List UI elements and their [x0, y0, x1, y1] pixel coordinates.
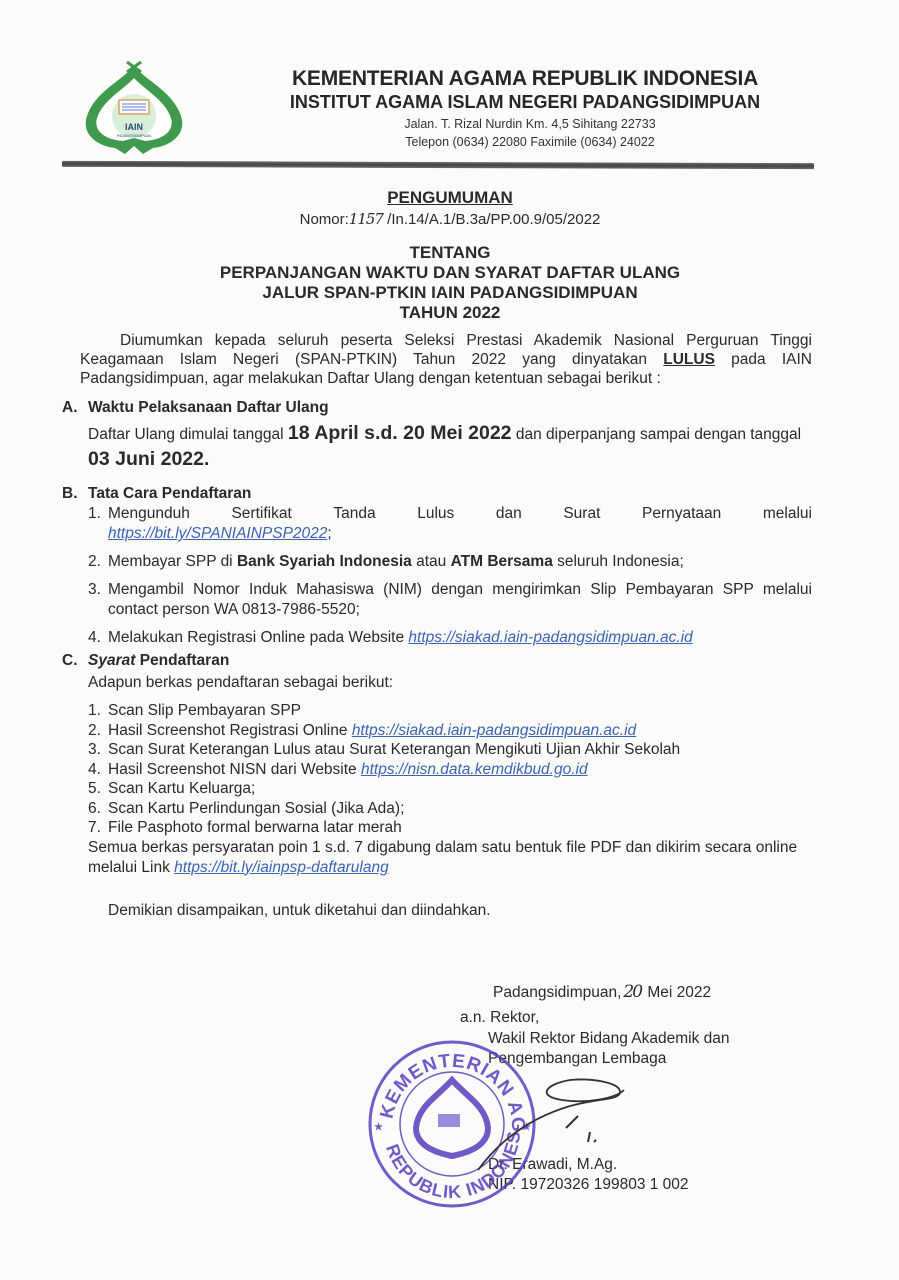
- section-a-title: Waktu Pelaksanaan Daftar Ulang: [88, 399, 329, 416]
- item-number: 1.: [88, 701, 101, 721]
- list-item: 1.Scan Slip Pembayaran SPP: [88, 701, 812, 721]
- nomor-label: Nomor:: [300, 211, 349, 228]
- letterhead-divider: [62, 161, 814, 169]
- letter-number: Nomor:1157 /In.14/A.1/B.3a/PP.00.9/05/20…: [140, 208, 760, 231]
- word: Lulus: [417, 504, 454, 524]
- requirement-link[interactable]: https://nisn.data.kemdikbud.go.id: [361, 761, 588, 778]
- section-b: B.Tata Cara Pendaftaran 1. Mengunduh Ser…: [62, 484, 812, 656]
- submission-note: Semua berkas persyaratan poin 1 s.d. 7 d…: [88, 838, 812, 878]
- section-b-title: Tata Cara Pendaftaran: [88, 485, 251, 502]
- ministry-name: KEMENTERIAN AGAMA REPUBLIK INDONESIA: [245, 66, 805, 91]
- section-c-letter: C.: [62, 651, 88, 671]
- section-a-text-2: dan diperpanjang sampai dengan tanggal: [512, 426, 802, 443]
- iain-logo-icon: IAIN PADANGSIDIMPUAN: [75, 60, 193, 156]
- announcement-heading: PENGUMUMAN: [140, 187, 760, 209]
- word: Surat: [563, 504, 600, 524]
- siakad-link[interactable]: https://siakad.iain-padangsidimpuan.ac.i…: [408, 629, 692, 646]
- section-a-content: Daftar Ulang dimulai tanggal 18 April s.…: [62, 421, 812, 473]
- list-item: 4.Hasil Screenshot NISN dari Website htt…: [88, 760, 812, 780]
- item-text: Scan Surat Keterangan Lulus atau Surat K…: [108, 741, 680, 758]
- item-text: Hasil Screenshot Registrasi Online: [108, 722, 352, 739]
- item-text: Mengambil Nomor Induk Mahasiswa (NIM) de…: [108, 581, 812, 618]
- requirements-list: 1.Scan Slip Pembayaran SPP2.Hasil Screen…: [88, 701, 812, 838]
- list-item: 5.Scan Kartu Keluarga;: [88, 779, 812, 799]
- institute-name: INSTITUT AGAMA ISLAM NEGERI PADANGSIDIMP…: [245, 91, 805, 113]
- list-item: 3.Scan Surat Keterangan Lulus atau Surat…: [88, 740, 812, 760]
- item-text: Membayar SPP di: [108, 553, 237, 570]
- section-a-letter: A.: [62, 398, 88, 418]
- svg-text:★: ★: [374, 1122, 383, 1133]
- item-text: File Pasphoto formal berwarna latar mera…: [108, 819, 402, 836]
- item-number: 6.: [88, 799, 101, 819]
- announcement-title-block: PENGUMUMAN Nomor:1157 /In.14/A.1/B.3a/PP…: [140, 187, 760, 323]
- section-a: A.Waktu Pelaksanaan Daftar Ulang Daftar …: [62, 398, 812, 473]
- letterhead: KEMENTERIAN AGAMA REPUBLIK INDONESIA INS…: [245, 66, 805, 151]
- requirement-link[interactable]: https://siakad.iain-padangsidimpuan.ac.i…: [352, 722, 636, 739]
- signing-place: Padangsidimpuan,: [493, 984, 621, 1001]
- item-number: 7.: [88, 818, 101, 838]
- announcement-document: IAIN PADANGSIDIMPUAN KEMENTERIAN AGAMA R…: [0, 0, 899, 1280]
- certificate-download-link[interactable]: https://bit.ly/SPANIAINPSP2022: [108, 525, 327, 542]
- item-number: 3.: [88, 740, 101, 760]
- nomor-rest: /In.14/A.1/B.3a/PP.00.9/05/2022: [383, 211, 600, 228]
- section-c-title: Pendaftaran: [135, 652, 229, 669]
- item-number: 4.: [88, 760, 101, 780]
- item-number: 4.: [88, 628, 101, 648]
- word: Mengunduh: [108, 504, 190, 524]
- subject-line-1: PERPANJANGAN WAKTU DAN SYARAT DAFTAR ULA…: [140, 263, 760, 283]
- section-c: C.Syarat Pendaftaran Adapun berkas penda…: [62, 651, 812, 878]
- on-behalf-label: a.n. Rektor,: [460, 1008, 539, 1028]
- subject-line-2: JALUR SPAN-PTKIN IAIN PADANGSIDIMPUAN: [140, 283, 760, 303]
- item-text: atau: [412, 553, 451, 570]
- section-c-subtitle: Adapun berkas pendaftaran sebagai beriku…: [88, 673, 812, 693]
- lulus-emphasis: LULUS: [663, 351, 715, 368]
- bank-name: Bank Syariah Indonesia: [237, 553, 412, 570]
- section-b-letter: B.: [62, 484, 88, 504]
- word: Pernyataan: [642, 504, 721, 524]
- item-text: Scan Kartu Keluarga;: [108, 780, 255, 797]
- institute-address: Jalan. T. Rizal Nurdin Km. 4,5 Sihitang …: [245, 115, 805, 133]
- intro-paragraph: Diumumkan kepada seluruh peserta Seleksi…: [80, 331, 812, 388]
- handwritten-signature-icon: [470, 1070, 730, 1180]
- list-item: 2. Membayar SPP di Bank Syariah Indonesi…: [88, 552, 812, 572]
- signing-place-date: Padangsidimpuan,20 Mei 2022: [493, 982, 711, 1003]
- list-item: 2.Hasil Screenshot Registrasi Online htt…: [88, 721, 812, 741]
- svg-text:IAIN: IAIN: [125, 122, 143, 132]
- section-a-text: Daftar Ulang dimulai tanggal: [88, 426, 288, 443]
- item-text: Scan Slip Pembayaran SPP: [108, 702, 301, 719]
- atm-name: ATM Bersama: [451, 553, 553, 570]
- svg-text:PADANGSIDIMPUAN: PADANGSIDIMPUAN: [117, 134, 151, 138]
- punctuation: ;: [327, 525, 331, 542]
- extended-date: 03 Juni 2022.: [88, 448, 209, 470]
- item-number: 3.: [88, 580, 101, 600]
- item-number: 1.: [88, 504, 101, 524]
- word: dan: [496, 504, 522, 524]
- section-c-title-italic: Syarat: [88, 652, 135, 669]
- closing-statement: Demikian disampaikan, untuk diketahui da…: [108, 902, 491, 920]
- item-text: seluruh Indonesia;: [553, 553, 684, 570]
- item-text: Hasil Screenshot NISN dari Website: [108, 761, 361, 778]
- word: Sertifikat: [231, 504, 291, 524]
- registration-period: 18 April s.d. 20 Mei 2022: [288, 422, 512, 444]
- institute-contact: Telepon (0634) 22080 Faximile (0634) 240…: [245, 133, 805, 151]
- item-number: 2.: [88, 721, 101, 741]
- item-text: Melakukan Registrasi Online pada Website: [108, 629, 408, 646]
- word: Tanda: [333, 504, 375, 524]
- submission-link[interactable]: https://bit.ly/iainpsp-daftarulang: [174, 859, 389, 876]
- nomor-handwritten: 1157: [349, 210, 383, 228]
- item-number: 5.: [88, 779, 101, 799]
- subject-line-3: TAHUN 2022: [140, 303, 760, 323]
- item-text: Scan Kartu Perlindungan Sosial (Jika Ada…: [108, 800, 404, 817]
- list-item: 7.File Pasphoto formal berwarna latar me…: [88, 818, 812, 838]
- item-number: 2.: [88, 552, 101, 572]
- list-item: 4. Melakukan Registrasi Online pada Webs…: [88, 628, 812, 648]
- list-item: 6.Scan Kartu Perlindungan Sosial (Jika A…: [88, 799, 812, 819]
- signing-month-year: Mei 2022: [647, 984, 711, 1001]
- word: melalui: [763, 504, 812, 524]
- tentang-heading: TENTANG: [140, 243, 760, 263]
- list-item: 3. Mengambil Nomor Induk Mahasiswa (NIM)…: [88, 580, 812, 620]
- list-item: 1. Mengunduh Sertifikat Tanda Lulus dan …: [88, 504, 812, 544]
- handwritten-day: 20: [623, 982, 641, 1002]
